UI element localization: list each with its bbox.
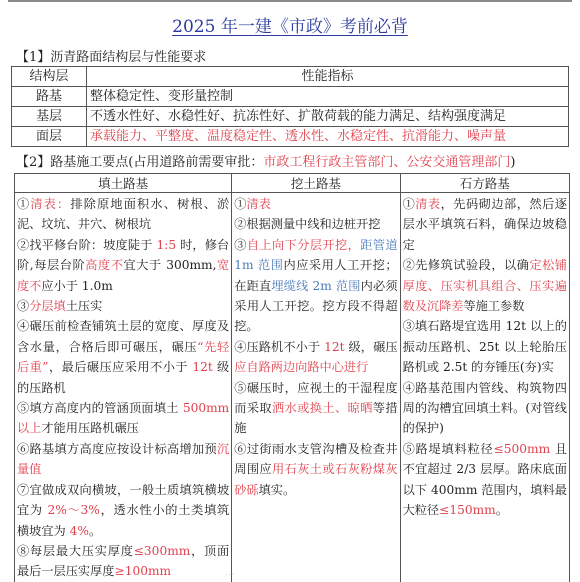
top-rule <box>8 0 572 2</box>
table-row: ①清表：排除原地面积水、树根、淤泥、坟坑、井穴、树根坑②找平修台阶：坡度陡于 1… <box>15 193 570 582</box>
heading-highlight: 市政工程行政主管部门、公安交通管理部门 <box>263 155 510 170</box>
layer-cell: 路基 <box>12 87 87 107</box>
point-item: ④压路机不小于 12t 级，碾压应自路两边向路中心进行 <box>234 337 397 378</box>
table-row: 基层 不透水性好、水稳性好、抗冻性好、扩散荷载的能力满足、结构强度满足 <box>12 107 569 127</box>
header-spec: 性能指标 <box>87 67 569 87</box>
point-item: ④碾压前检查铺筑土层的宽度、厚度及含水量，合格后即可碾压，碾压“先轻后重”，最后… <box>17 316 229 398</box>
point-item: ③填石路堤宜选用 12t 以上的振动压路机、25t 以上轮胎压路机或 2.5t … <box>403 316 567 377</box>
layer-cell: 面层 <box>12 127 87 147</box>
header-fill: 填土路基 <box>15 174 232 193</box>
point-item: ②根据测量中线和边桩开挖 <box>234 214 397 234</box>
rock-subgrade-cell: ①清表，先码砌边部，然后逐层水平填筑石料，确保边坡稳定②先修筑试验段，以确定松铺… <box>400 193 569 582</box>
watermark: ··· <box>224 569 235 581</box>
point-item: ⑥过街雨水支管沟槽及检查井周围应用石灰土或石灰粉煤灰砂砾填实。 <box>234 439 397 500</box>
point-item: ②先修筑试验段，以确定松铺厚度、压实机具组合、压实遍数及沉降差等施工参数 <box>403 255 567 316</box>
point-item: ⑤填方高度内的管涵顶面填土 500mm 以上才能用压路机碾压 <box>17 398 229 439</box>
header-cut: 挖土路基 <box>232 174 400 193</box>
fill-subgrade-cell: ①清表：排除原地面积水、树根、淤泥、坟坑、井穴、树根坑②找平修台阶：坡度陡于 1… <box>15 193 232 582</box>
asphalt-layer-table: 结构层 性能指标 路基 整体稳定性、变形量控制 基层 不透水性好、水稳性好、抗冻… <box>11 66 569 147</box>
point-item: ③自上向下分层开挖，距管道 1m 范围内应采用人工开挖；在距直埋缆线 2m 范围… <box>234 235 397 337</box>
point-item: ⑦宜做成双向横坡，一般土质填筑横坡宜为 2%～3%，透水性小的土类填筑横坡宜为 … <box>17 480 229 541</box>
point-item: ⑤碾压时，应视土的干湿程度而采取洒水或换土、晾晒等措施 <box>234 378 397 439</box>
spec-cell-highlight: 承载能力、平整度、温度稳定性、透水性、水稳定性、抗滑能力、噪声量 <box>87 127 569 147</box>
heading-prefix: 【2】路基施工要点(占用道路前需要审批： <box>16 155 263 170</box>
table-header-row: 结构层 性能指标 <box>12 67 569 87</box>
header-rock: 石方路基 <box>400 174 569 193</box>
spec-cell: 整体稳定性、变形量控制 <box>87 87 569 107</box>
point-item: ⑧每层最大压实厚度≤300mm，顶面最后一层压实厚度≥100mm <box>17 541 229 582</box>
cut-subgrade-cell: ①清表②根据测量中线和边桩开挖③自上向下分层开挖，距管道 1m 范围内应采用人工… <box>232 193 400 582</box>
section-1-heading: 【1】沥青路面结构层与性能要求 <box>16 46 206 65</box>
point-item: ⑤路堤填料粒径≤500mm 且不宜超过 2/3 层厚。路床底面以下 400mm … <box>403 439 567 521</box>
point-item: ①清表，先码砌边部，然后逐层水平填筑石料，确保边坡稳定 <box>403 194 567 255</box>
point-item: ④路基范围内管线、构筑物四周的沟槽宜回填土料。(对管线的保护) <box>403 378 567 439</box>
header-layer: 结构层 <box>12 67 87 87</box>
point-item: ⑥路基填方高度应按设计标高增加预沉量值 <box>17 439 229 480</box>
section-2-heading: 【2】路基施工要点(占用道路前需要审批：市政工程行政主管部门、公安交通管理部门) <box>16 151 515 170</box>
heading-suffix: ) <box>510 155 515 170</box>
point-item: ③分层填土压实 <box>17 296 229 316</box>
table-header-row: 填土路基 挖土路基 石方路基 <box>15 174 570 193</box>
table-row: 面层 承载能力、平整度、温度稳定性、透水性、水稳定性、抗滑能力、噪声量 <box>12 127 569 147</box>
point-item: ②找平修台阶：坡度陡于 1:5 时，修台阶,每层台阶高度不宜大于 300mm,宽… <box>17 235 229 296</box>
point-item: ①清表：排除原地面积水、树根、淤泥、坟坑、井穴、树根坑 <box>17 194 229 235</box>
subgrade-construction-table: 填土路基 挖土路基 石方路基 ①清表：排除原地面积水、树根、淤泥、坟坑、井穴、树… <box>14 173 570 582</box>
point-item: ①清表 <box>234 194 397 214</box>
layer-cell: 基层 <box>12 107 87 127</box>
spec-cell: 不透水性好、水稳性好、抗冻性好、扩散荷载的能力满足、结构强度满足 <box>87 107 569 127</box>
table-row: 路基 整体稳定性、变形量控制 <box>12 87 569 107</box>
page-title: 2025 年一建《市政》考前必背 <box>0 12 580 37</box>
